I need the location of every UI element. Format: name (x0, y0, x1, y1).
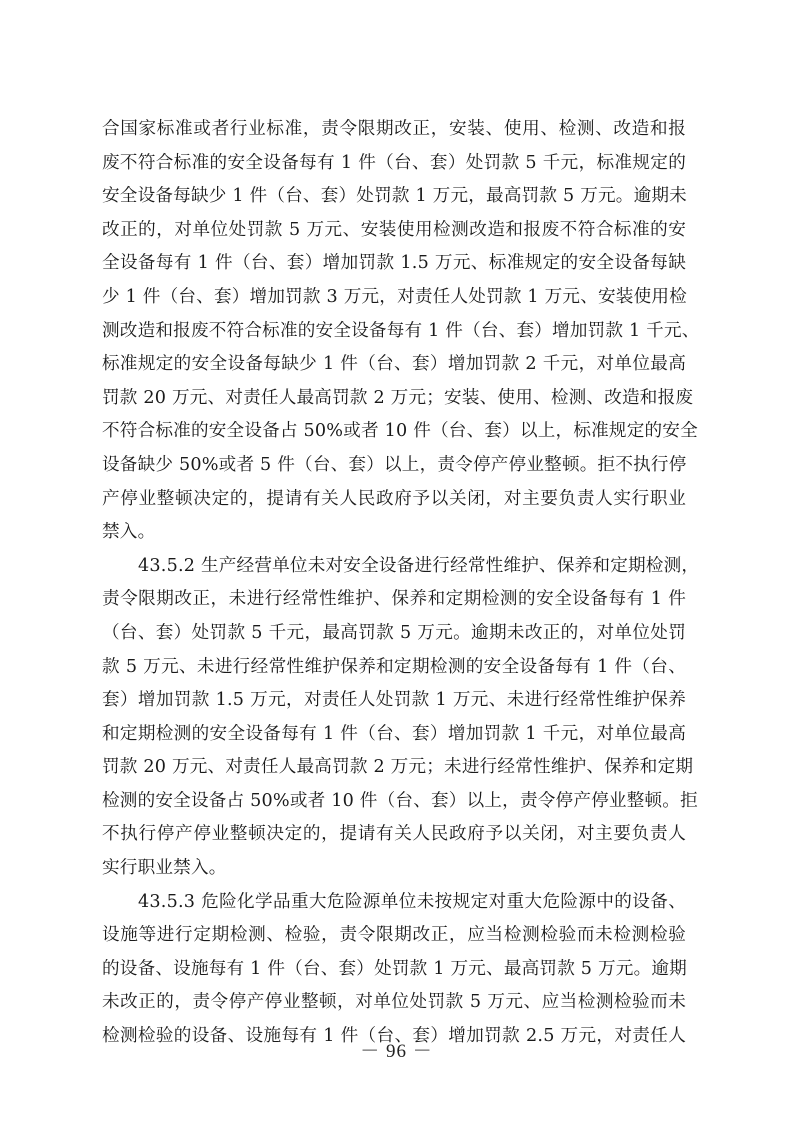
text-line: 款 5 万元、未进行经常性维护保养和定期检测的安全设备每有 1 件（台、 (102, 651, 686, 685)
text-line: 罚款 20 万元、对责任人最高罚款 2 万元；未进行经常性维护、保养和定期 (102, 751, 686, 785)
paragraph-43-5-3: 43.5.3 危险化学品重大危险源单位未按规定对重大危险源中的设备、 设施等进行… (102, 886, 686, 1054)
text-line: 全设备每有 1 件（台、套）增加罚款 1.5 万元、标准规定的安全设备每缺 (102, 247, 686, 281)
paragraph-continuation: 合国家标准或者行业标准，责令限期改正，安装、使用、检测、改造和报 废不符合标准的… (102, 113, 686, 550)
text-line: 设施等进行定期检测、检验，责令限期改正，应当检测检验而未检测检验 (102, 919, 686, 953)
section-heading-line: 43.5.3 危险化学品重大危险源单位未按规定对重大危险源中的设备、 (102, 886, 686, 920)
text-line: 罚款 20 万元、对责任人最高罚款 2 万元；安装、使用、检测、改造和报废 (102, 382, 686, 416)
text-line: 套）增加罚款 1.5 万元，对责任人处罚款 1 万元、未进行经常性维护保养 (102, 684, 686, 718)
text-line: 责令限期改正，未进行经常性维护、保养和定期检测的安全设备每有 1 件 (102, 583, 686, 617)
text-line: 和定期检测的安全设备每有 1 件（台、套）增加罚款 1 千元，对单位最高 (102, 718, 686, 752)
text-line: 禁入。 (102, 516, 686, 550)
document-page: 合国家标准或者行业标准，责令限期改正，安装、使用、检测、改造和报 废不符合标准的… (0, 0, 793, 1122)
text-line: 产停业整顿决定的，提请有关人民政府予以关闭，对主要负责人实行职业 (102, 483, 686, 517)
page-number: － 96 － (0, 1036, 793, 1063)
text-line: 设备缺少 50%或者 5 件（台、套）以上，责令停产停业整顿。拒不执行停 (102, 449, 686, 483)
text-line: 未改正的，责令停产停业整顿，对单位处罚款 5 万元、应当检测检验而未 (102, 986, 686, 1020)
paragraph-43-5-2: 43.5.2 生产经营单位未对安全设备进行经常性维护、保养和定期检测， 责令限期… (102, 550, 686, 886)
text-line: 安全设备每缺少 1 件（台、套）处罚款 1 万元，最高罚款 5 万元。逾期未 (102, 180, 686, 214)
section-heading-line: 43.5.2 生产经营单位未对安全设备进行经常性维护、保养和定期检测， (102, 550, 686, 584)
text-line: 标准规定的安全设备每缺少 1 件（台、套）增加罚款 2 千元，对单位最高 (102, 348, 686, 382)
text-line: 少 1 件（台、套）增加罚款 3 万元，对责任人处罚款 1 万元、安装使用检 (102, 281, 686, 315)
text-line: 合国家标准或者行业标准，责令限期改正，安装、使用、检测、改造和报 (102, 113, 686, 147)
text-line: 不符合标准的安全设备占 50%或者 10 件（台、套）以上，标准规定的安全 (102, 415, 686, 449)
text-line: 废不符合标准的安全设备每有 1 件（台、套）处罚款 5 千元，标准规定的 (102, 147, 686, 181)
body-text: 合国家标准或者行业标准，责令限期改正，安装、使用、检测、改造和报 废不符合标准的… (102, 113, 686, 1054)
text-line: 检测的安全设备占 50%或者 10 件（台、套）以上，责令停产停业整顿。拒 (102, 785, 686, 819)
text-line: 的设备、设施每有 1 件（台、套）处罚款 1 万元、最高罚款 5 万元。逾期 (102, 953, 686, 987)
text-line: 测改造和报废不符合标准的安全设备每有 1 件（台、套）增加罚款 1 千元、 (102, 315, 686, 349)
text-line: 实行职业禁入。 (102, 852, 686, 886)
text-line: （台、套）处罚款 5 千元，最高罚款 5 万元。逾期未改正的，对单位处罚 (102, 617, 686, 651)
text-line: 改正的，对单位处罚款 5 万元、安装使用检测改造和报废不符合标准的安 (102, 214, 686, 248)
text-line: 不执行停产停业整顿决定的，提请有关人民政府予以关闭，对主要负责人 (102, 818, 686, 852)
